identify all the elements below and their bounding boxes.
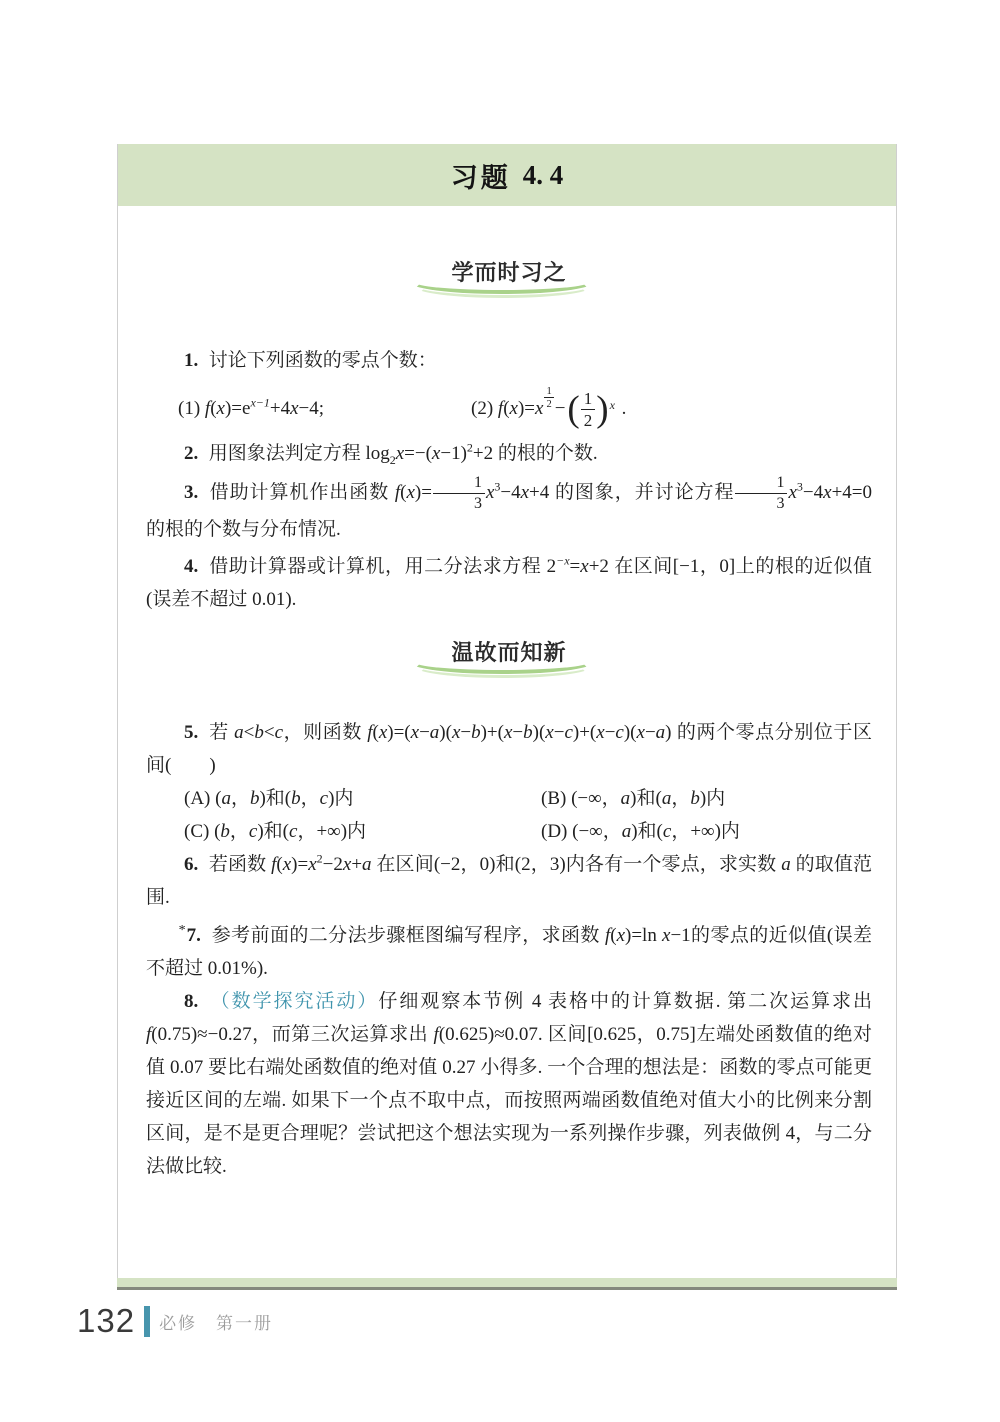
- problem-8: 8.（数学探究活动）仔细观察本节例 4 表格中的计算数据. 第二次运算求出 f(…: [146, 985, 872, 1183]
- formula-1: (1) f(x)=ex−1+4x−4;: [178, 392, 471, 425]
- problem-2: 2.用图象法判定方程 log2x=−(x−1)2+2 的根的个数.: [146, 437, 872, 470]
- page-number: 132: [77, 1302, 135, 1340]
- option-c: (C) (b，c)和(c，+∞)内: [184, 815, 541, 848]
- footer-accent-bar: [144, 1306, 150, 1337]
- problem-5: 5.若 a<b<c，则函数 f(x)=(x−a)(x−b)+(x−b)(x−c)…: [146, 716, 872, 782]
- option-a: (A) (a，b)和(b，c)内: [184, 782, 541, 815]
- textbook-page: 习题 4. 4 学而时习之 1.讨论下列函数的零点个数： (1) f(x)=ex…: [0, 0, 1000, 1422]
- problem-7: *7.参考前面的二分法步骤框图编写程序，求函数 f(x)=ln x−1的零点的近…: [146, 914, 872, 985]
- section-title: 温故而知新: [451, 640, 566, 665]
- content-frame: 习题 4. 4 学而时习之 1.讨论下列函数的零点个数： (1) f(x)=ex…: [117, 144, 897, 1290]
- problem-3: 3.借助计算机作出函数 f(x)=13x3−4x+4 的图象，并讨论方程13x3…: [146, 474, 872, 546]
- problem-4: 4.借助计算器或计算机，用二分法求方程 2−x=x+2 在区间[−1，0]上的根…: [146, 550, 872, 616]
- section-header-practice: 学而时习之: [394, 256, 624, 304]
- problem-1-formulas: (1) f(x)=ex−1+4x−4; (2) f(x)=x12−(12)x .: [146, 381, 872, 435]
- exercise-banner: 习题 4. 4: [118, 144, 896, 206]
- page-content: 学而时习之 1.讨论下列函数的零点个数： (1) f(x)=ex−1+4x−4;…: [118, 256, 896, 1183]
- formula-2: (2) f(x)=x12−(12)x .: [471, 386, 872, 430]
- option-d: (D) (−∞，a)和(c，+∞)内: [541, 815, 872, 848]
- bottom-rule: [117, 1278, 897, 1290]
- banner-title-zh: 习题: [451, 156, 511, 195]
- book-label: 必修 第一册: [159, 1309, 273, 1334]
- problem-6: 6.若函数 f(x)=x2−2x+a 在区间(−2，0)和(2，3)内各有一个零…: [146, 848, 872, 914]
- problem-5-options: (A) (a，b)和(b，c)内 (B) (−∞，a)和(a，b)内 (C) (…: [146, 782, 872, 848]
- problem-1: 1.讨论下列函数的零点个数：: [146, 344, 872, 377]
- page-footer: 132 必修 第一册: [77, 1302, 273, 1340]
- banner-title-number: 4. 4: [523, 160, 564, 191]
- section-title: 学而时习之: [451, 260, 566, 285]
- section-header-review: 温故而知新: [394, 636, 624, 684]
- option-b: (B) (−∞，a)和(a，b)内: [541, 782, 872, 815]
